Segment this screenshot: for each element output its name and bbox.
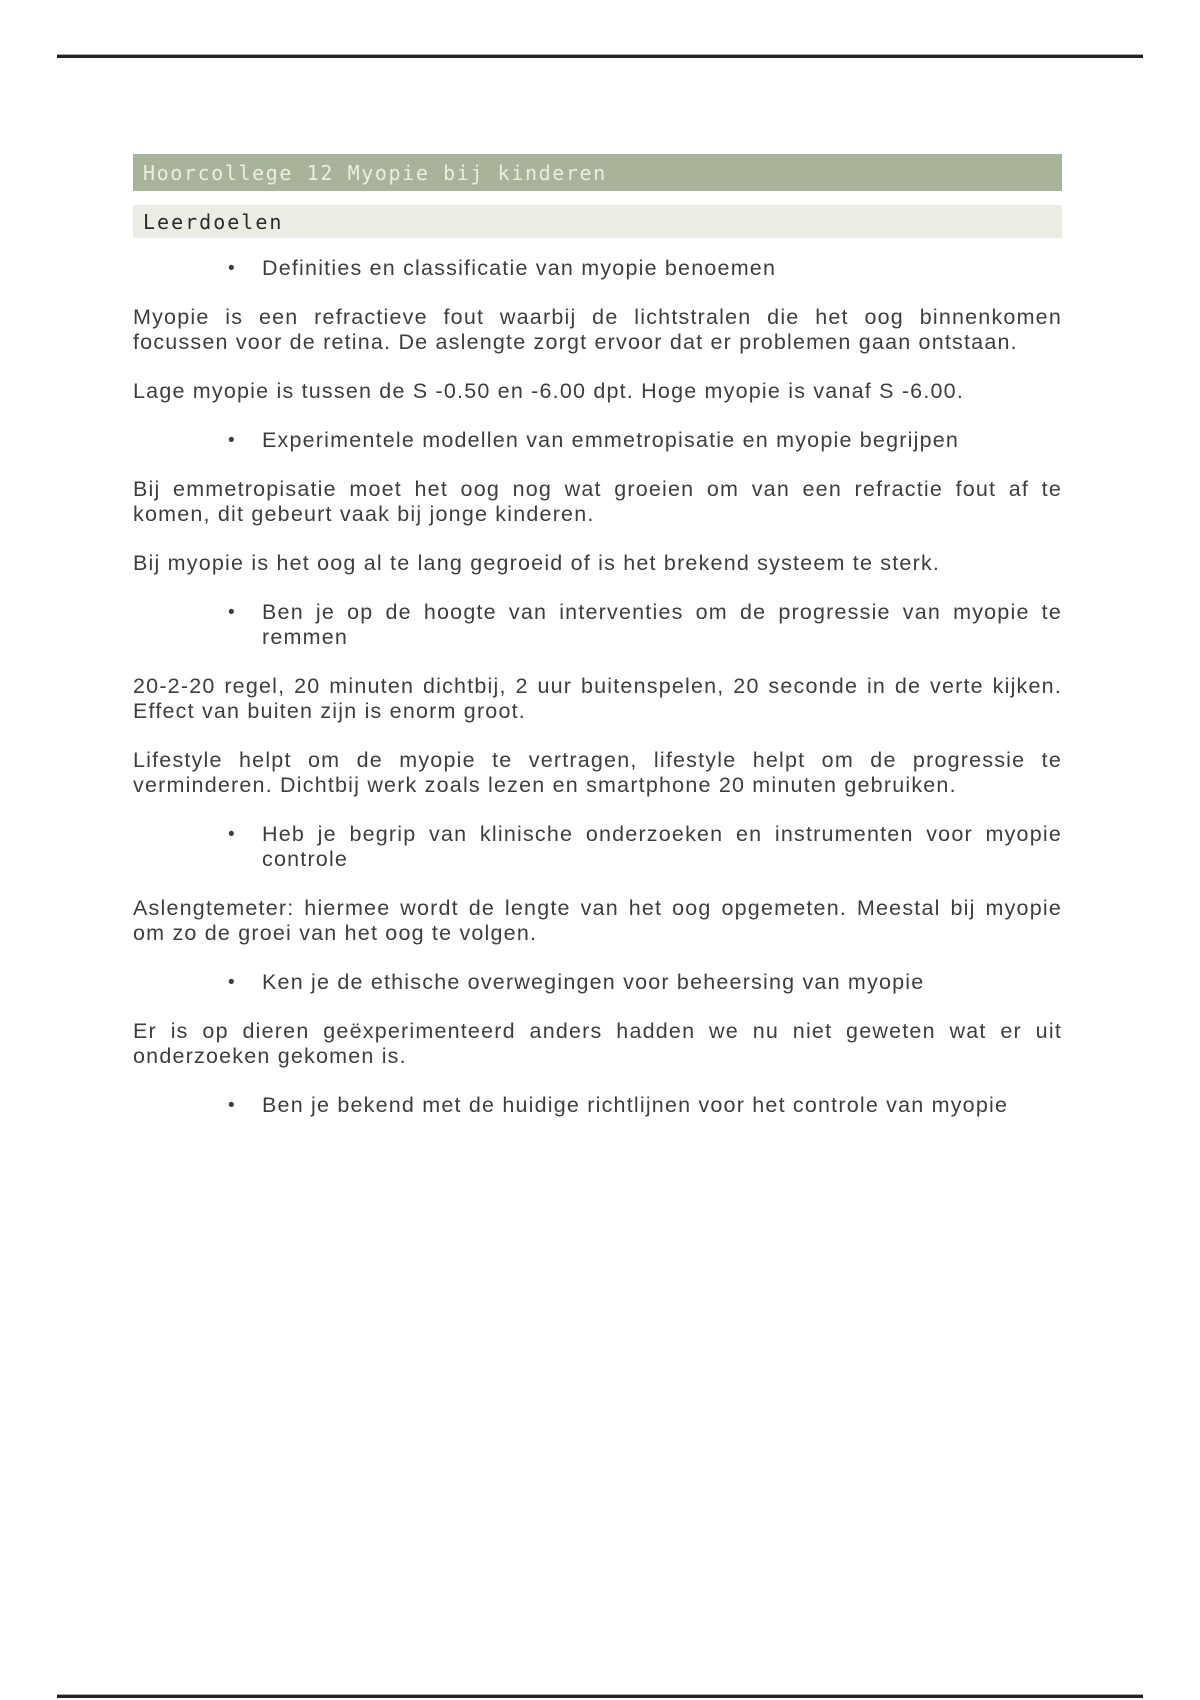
bullet-icon: • [228, 970, 262, 995]
paragraph: Lifestyle helpt om de myopie te vertrage… [133, 748, 1062, 798]
list-item: •Ken je de ethische overwegingen voor be… [133, 970, 1062, 995]
paragraph: Er is op dieren geëxperimenteerd anders … [133, 1019, 1062, 1069]
lecture-title: Hoorcollege 12 Myopie bij kinderen [143, 161, 607, 185]
list-item: •Definities en classificatie van myopie … [133, 256, 1062, 281]
list-item: •Ben je op de hoogte van interventies om… [133, 600, 1062, 650]
paragraph: Bij myopie is het oog al te lang gegroei… [133, 551, 1062, 576]
list-item: •Experimentele modellen van emmetropisat… [133, 428, 1062, 453]
bullet-icon: • [228, 1093, 262, 1118]
paragraph: 20-2-20 regel, 20 minuten dichtbij, 2 uu… [133, 674, 1062, 724]
list-item-text: Ken je de ethische overwegingen voor beh… [262, 970, 1062, 995]
document-content: Hoorcollege 12 Myopie bij kinderen Leerd… [133, 154, 1062, 1142]
bullet-icon: • [228, 428, 262, 453]
bullet-icon: • [228, 256, 262, 281]
paragraph: Bij emmetropisatie moet het oog nog wat … [133, 477, 1062, 527]
list-item: •Ben je bekend met de huidige richtlijne… [133, 1093, 1062, 1118]
top-rule [57, 54, 1143, 58]
bullet-icon: • [228, 822, 262, 872]
list-item-text: Ben je op de hoogte van interventies om … [262, 600, 1062, 650]
paragraph: Lage myopie is tussen de S -0.50 en -6.0… [133, 379, 1062, 404]
list-item-text: Ben je bekend met de huidige richtlijnen… [262, 1093, 1062, 1118]
list-item-text: Definities en classificatie van myopie b… [262, 256, 1062, 281]
list-item-text: Heb je begrip van klinische onderzoeken … [262, 822, 1062, 872]
paragraph: Myopie is een refractieve fout waarbij d… [133, 305, 1062, 355]
bottom-rule [57, 1694, 1143, 1698]
lecture-title-bar: Hoorcollege 12 Myopie bij kinderen [133, 154, 1062, 191]
bullet-icon: • [228, 600, 262, 650]
list-item-text: Experimentele modellen van emmetropisati… [262, 428, 1062, 453]
section-heading-bar: Leerdoelen [133, 205, 1062, 238]
section-heading: Leerdoelen [143, 210, 283, 234]
list-item: •Heb je begrip van klinische onderzoeken… [133, 822, 1062, 872]
paragraph: Aslengtemeter: hiermee wordt de lengte v… [133, 896, 1062, 946]
document-body: •Definities en classificatie van myopie … [133, 256, 1062, 1118]
